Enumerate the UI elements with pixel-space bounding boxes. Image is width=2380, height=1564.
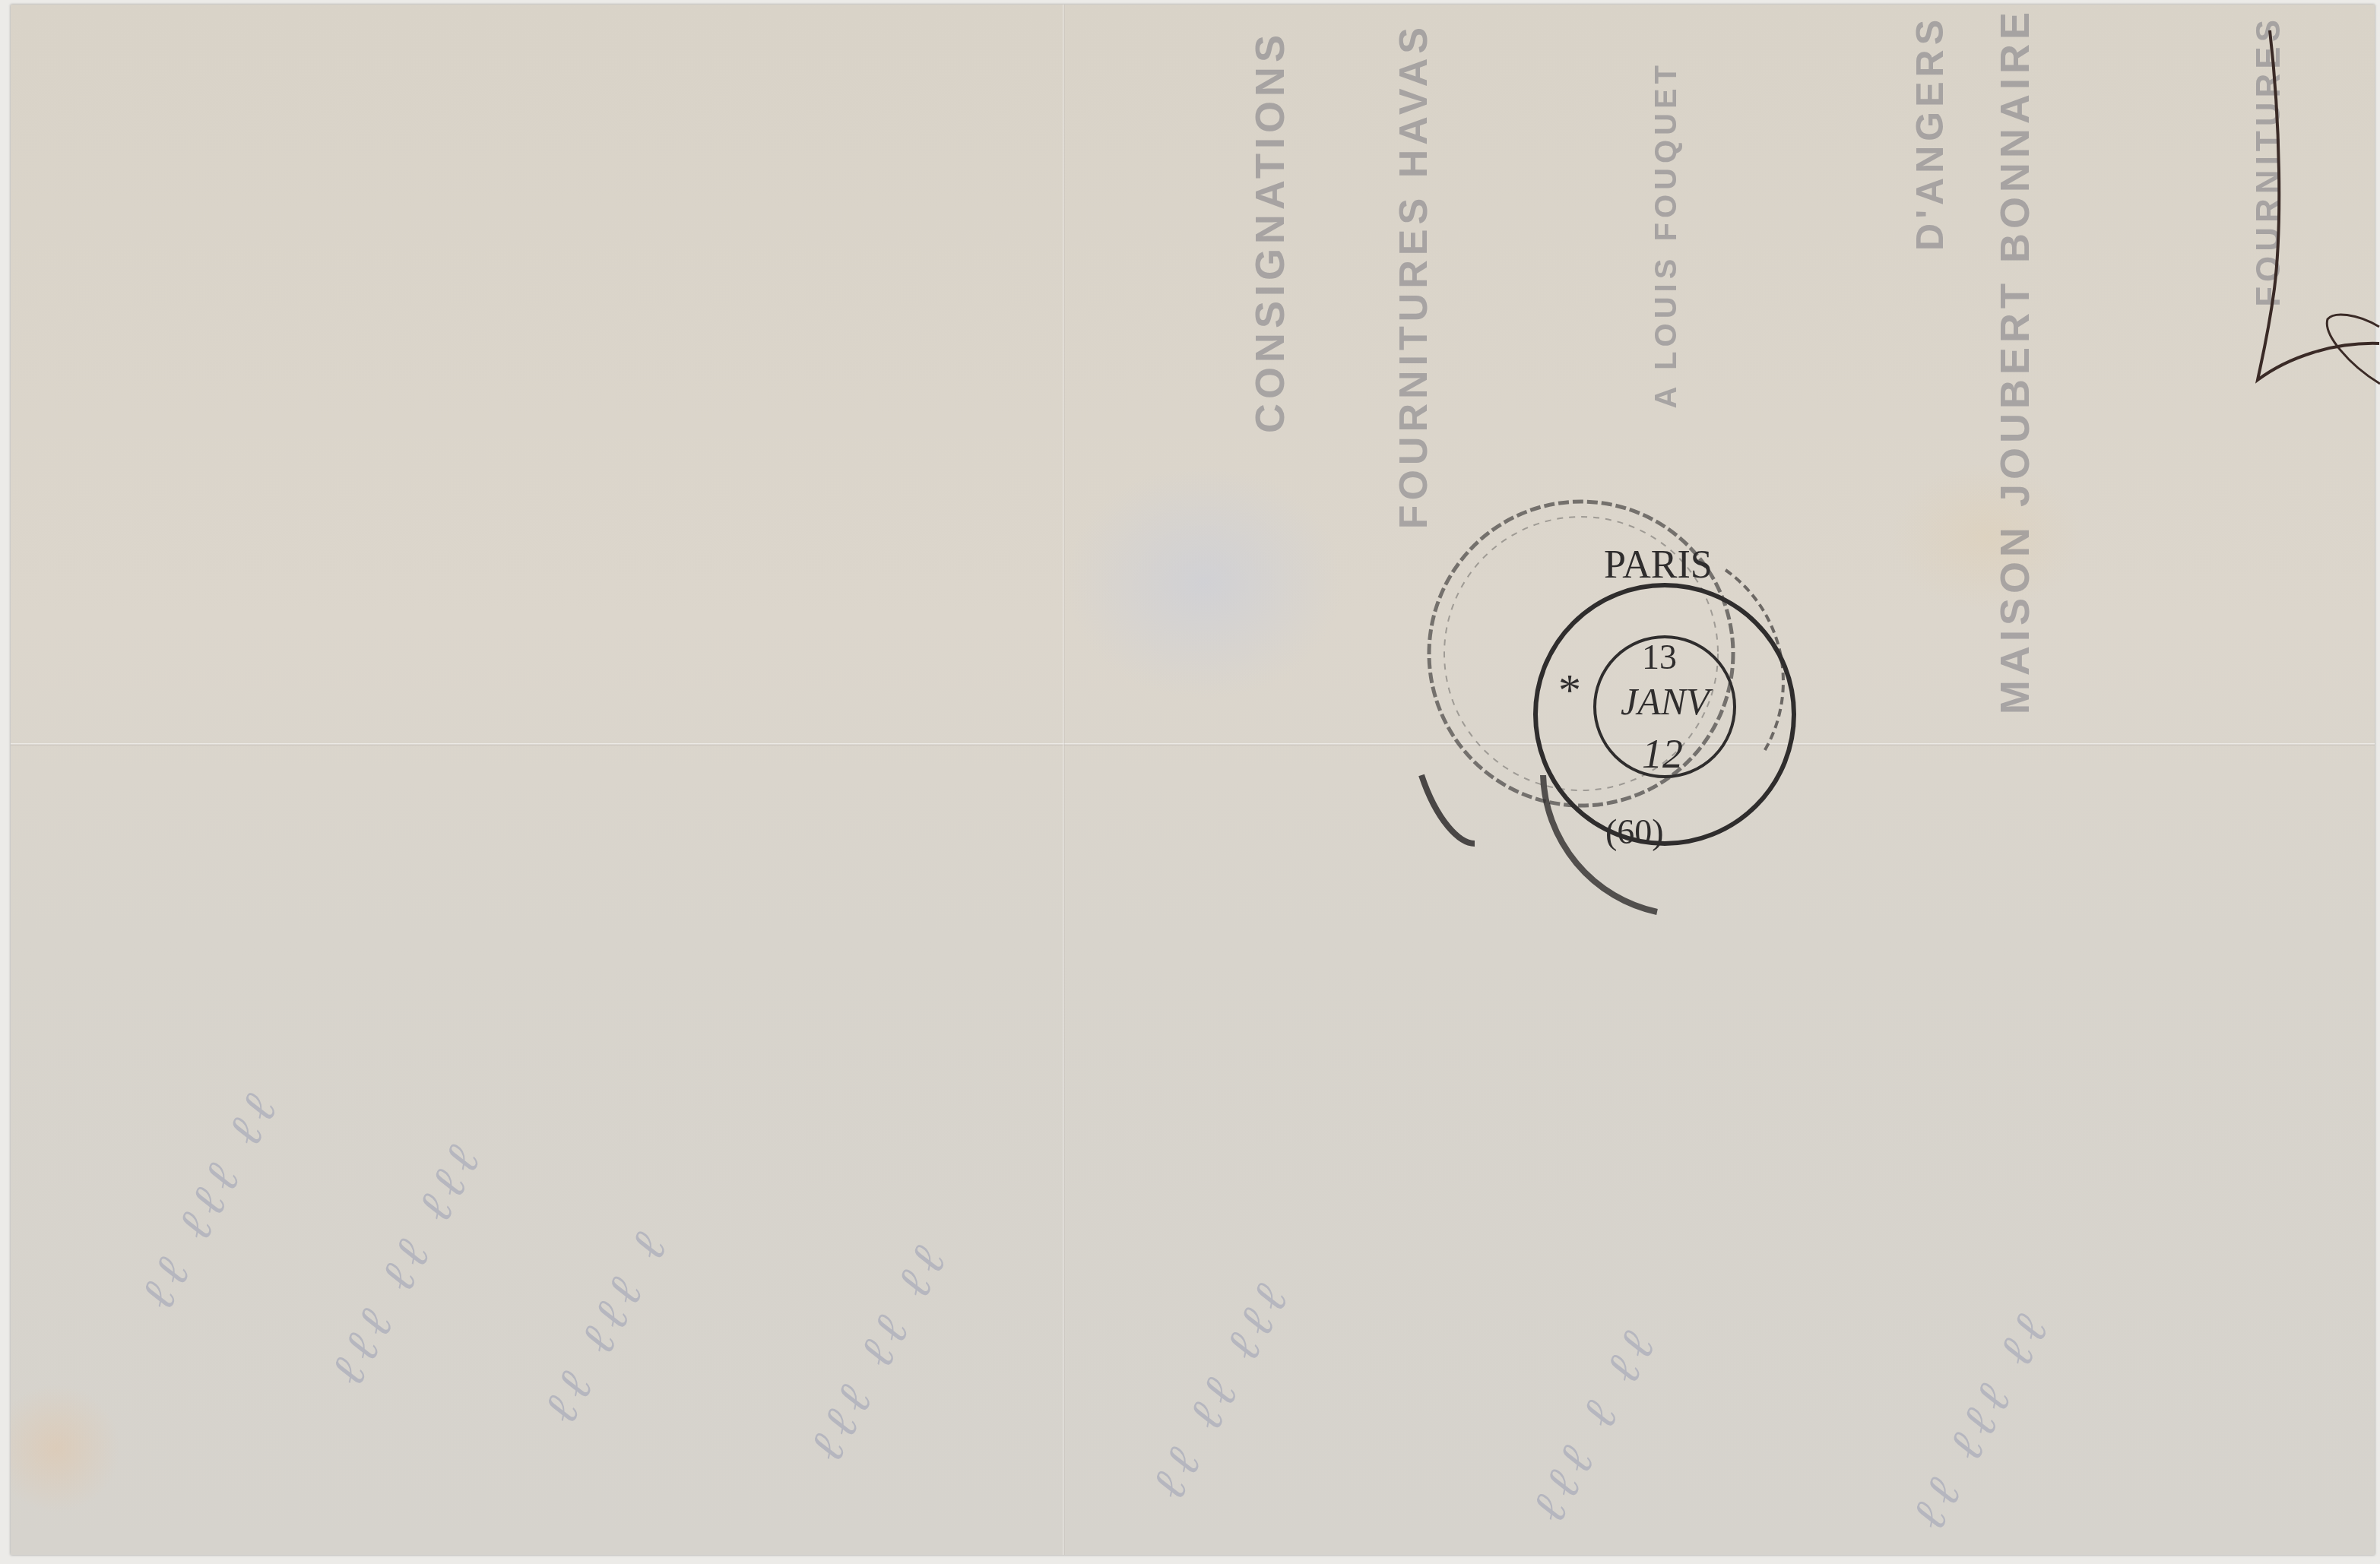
bleed-through-text: MAISON JOUBERT BONNAIRE (1992, 8, 2039, 714)
postmark-paris: PARIS * 13 JANV 12 (60) (1406, 486, 1938, 927)
postmark-office-number: (60) (1605, 812, 1664, 851)
horizontal-fold-line (11, 743, 2375, 746)
postmark-year: 12 (1642, 731, 1683, 777)
bleed-through-text: D'ANGERS (1908, 15, 1952, 251)
bleed-through-text: CONSIGNATIONS (1247, 30, 1294, 433)
postmark-month: JANV (1621, 680, 1713, 723)
bleed-through-text: FOURNITURES HAVAS (1391, 23, 1437, 529)
postmark-ornament: * (1558, 665, 1581, 715)
vertical-fold-line (1063, 5, 1065, 1555)
pen-flourish (2204, 0, 2380, 608)
postmark-city: PARIS (1604, 543, 1713, 587)
bleed-through-text: A LOUIS FOUQUET (1650, 61, 1684, 408)
postmark-day: 13 (1642, 638, 1677, 676)
